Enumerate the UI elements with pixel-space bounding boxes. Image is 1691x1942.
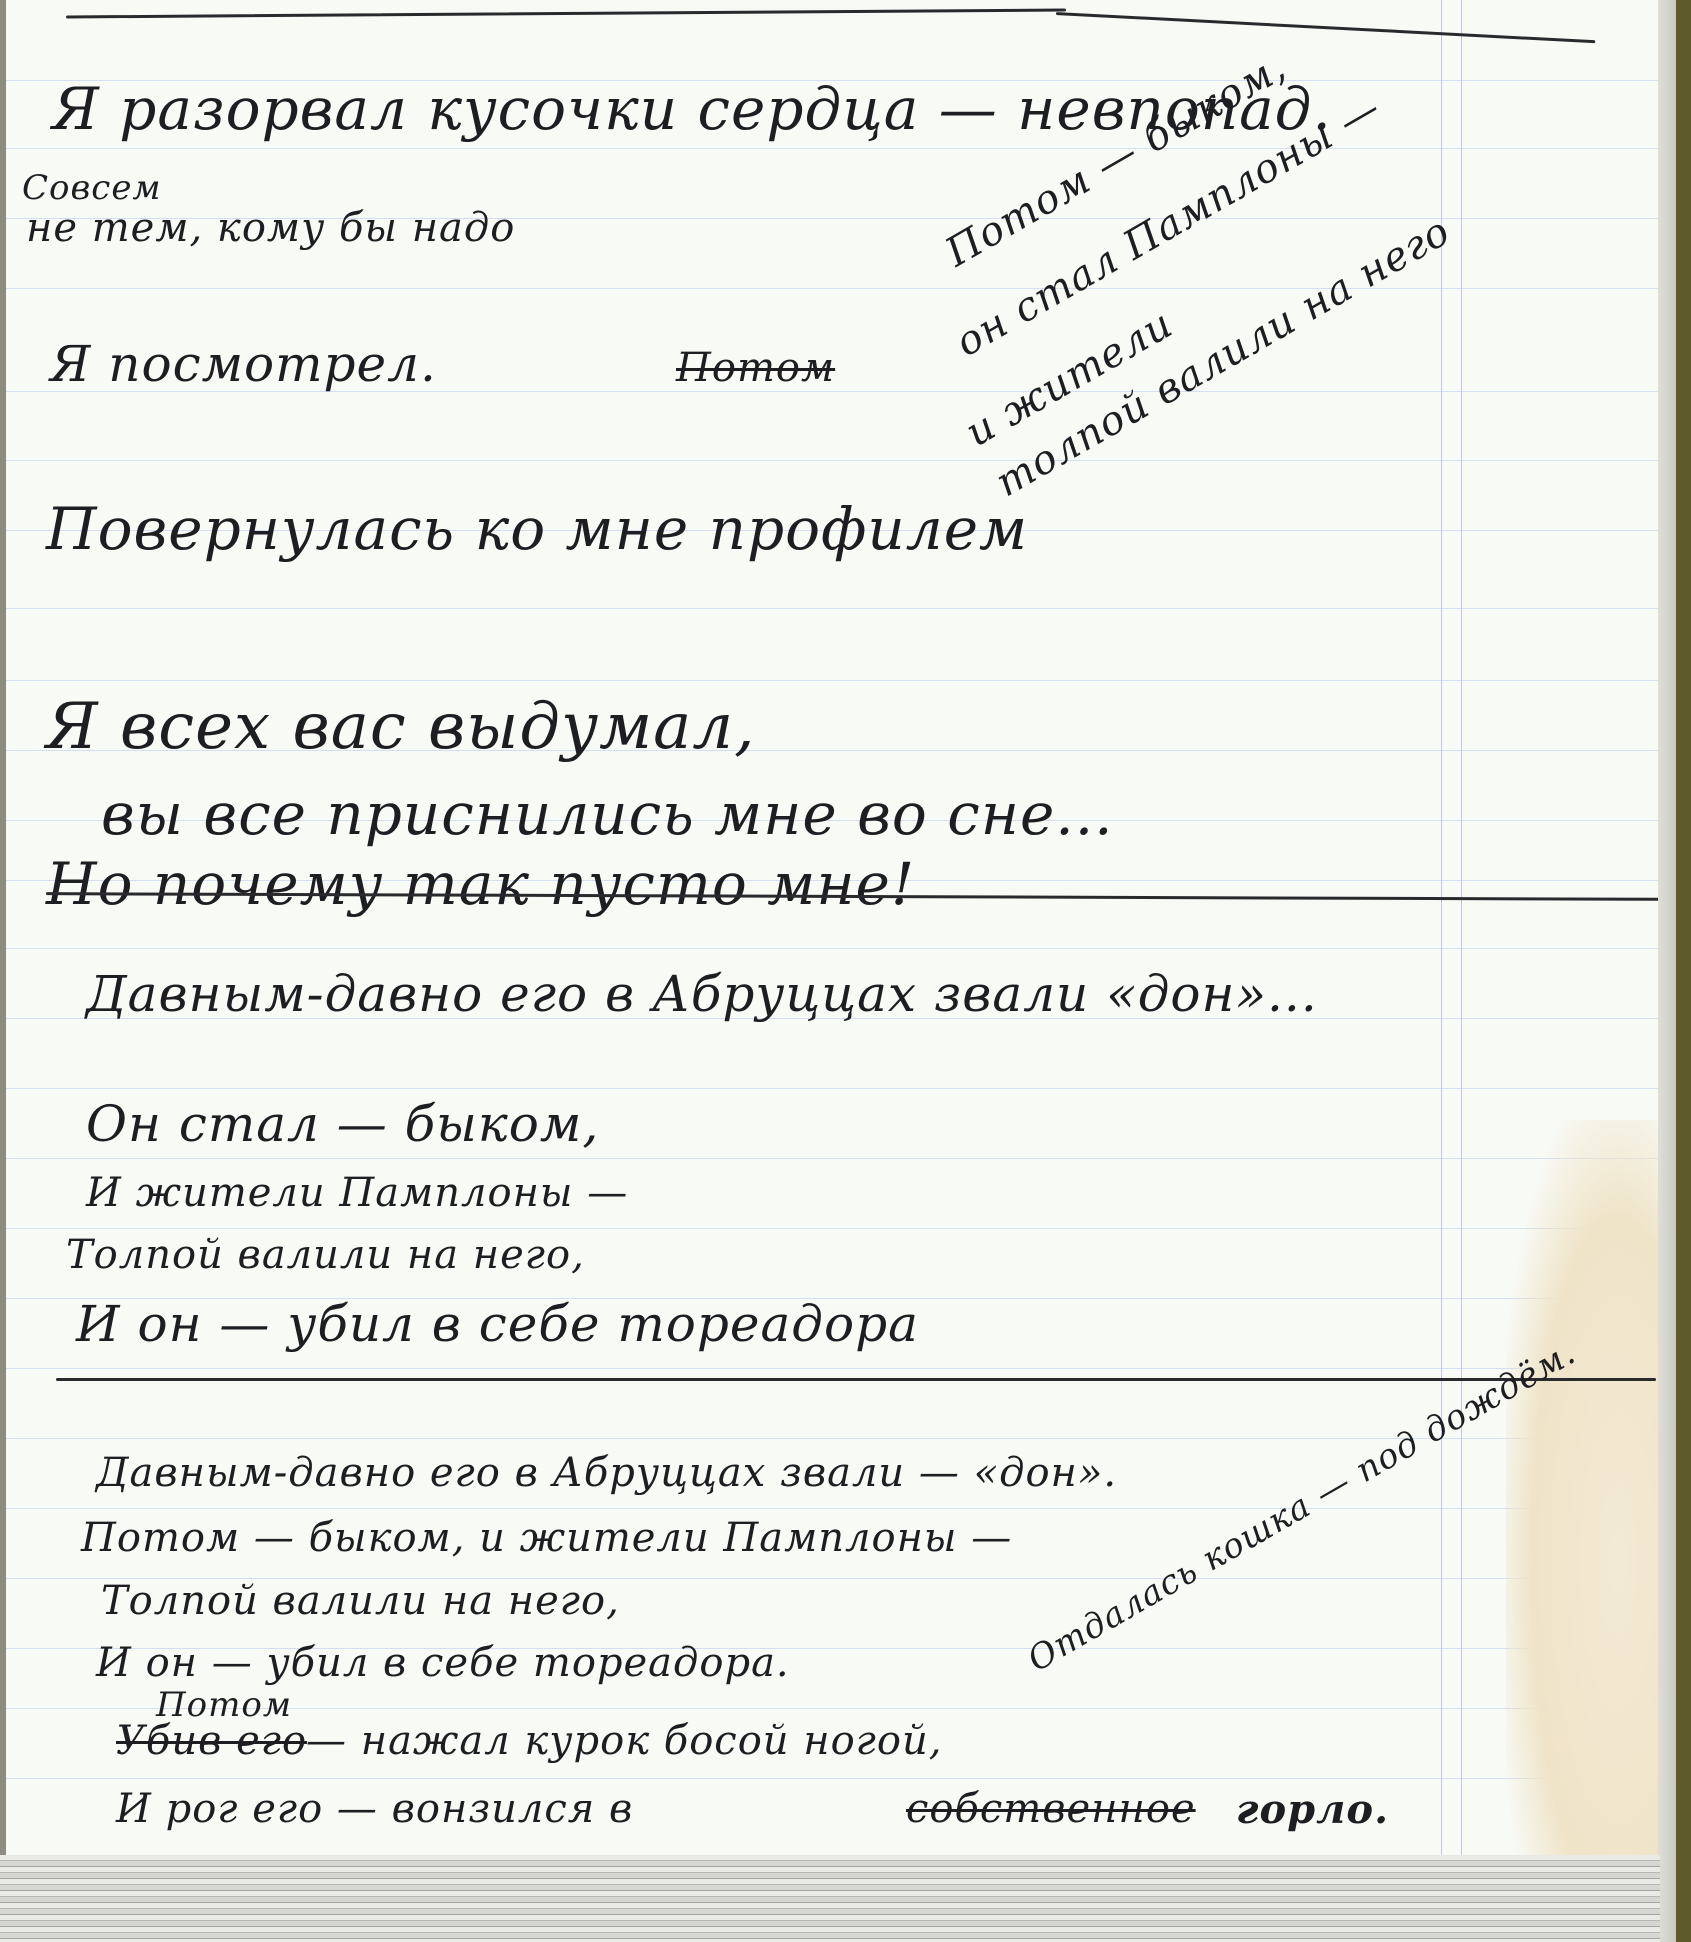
margin-line — [1461, 0, 1462, 1855]
text-line-11: Толпой валили на него, — [66, 1232, 585, 1278]
ruled-line — [6, 1228, 1658, 1229]
struck-word-2: собственное — [906, 1786, 1196, 1832]
annotation-bottom: Отдалась кошка — под дождём. — [1021, 1333, 1583, 1680]
page-edge — [1658, 0, 1676, 1942]
text-line-2: не тем, кому бы надо — [26, 205, 515, 251]
text-line-3: Я посмотрел. — [50, 335, 437, 393]
ruled-line — [6, 1778, 1658, 1779]
text-line-12: И он — убил в себе тореадора — [76, 1295, 919, 1353]
text-line-13: Давным-давно его в Абруццах звали — «дон… — [96, 1450, 1117, 1496]
page-stack — [0, 1855, 1660, 1942]
text-line-7: Но почему так пусто мне! — [46, 850, 915, 918]
text-line-6: вы все приснились мне во сне... — [101, 780, 1114, 848]
text-line-5: Я всех вас выдумал, — [46, 690, 755, 764]
ruled-line — [6, 1158, 1658, 1159]
text-line-8: Давным-давно его в Абруццах звали «дон».… — [86, 965, 1318, 1023]
text-line-16: И он — убил в себе тореадора. — [96, 1640, 790, 1686]
text-line-9: Он стал — быком, — [86, 1095, 599, 1153]
divider-stroke — [56, 1378, 1656, 1381]
ruled-line — [6, 288, 1658, 289]
text-line-18a: И рог его — вонзился в — [116, 1786, 633, 1832]
water-stain — [1506, 1120, 1658, 1855]
ruled-line — [6, 608, 1658, 609]
ruled-line — [6, 948, 1658, 949]
binding-background — [1676, 0, 1691, 1942]
ruled-line — [6, 1368, 1658, 1369]
notebook-page: Я разорвал кусочки сердца — невпопад. Со… — [6, 0, 1658, 1855]
ruled-line — [6, 460, 1658, 461]
text-line-14: Потом — быком, и жители Памплоны — — [81, 1515, 1012, 1561]
ruled-line — [6, 1088, 1658, 1089]
text-line-17: — нажал курок босой ногой, — [306, 1718, 942, 1764]
text-line-15: Толпой валили на него, — [101, 1578, 620, 1624]
text-line-18b: горло. — [1236, 1786, 1389, 1833]
margin-line — [1441, 0, 1442, 1855]
text-line-10: И жители Памплоны — — [86, 1170, 628, 1216]
text-line-4: Повернулась ко мне профилем — [46, 495, 1028, 563]
ruled-line — [6, 680, 1658, 681]
ruled-line — [6, 148, 1658, 149]
ruled-line — [6, 1508, 1658, 1509]
top-divider-stroke — [66, 9, 1066, 19]
text-line-2a: Совсем — [22, 168, 162, 208]
top-divider-stroke — [1056, 12, 1595, 43]
struck-phrase: Убив его — [116, 1718, 307, 1764]
struck-word: Потом — [676, 345, 835, 391]
